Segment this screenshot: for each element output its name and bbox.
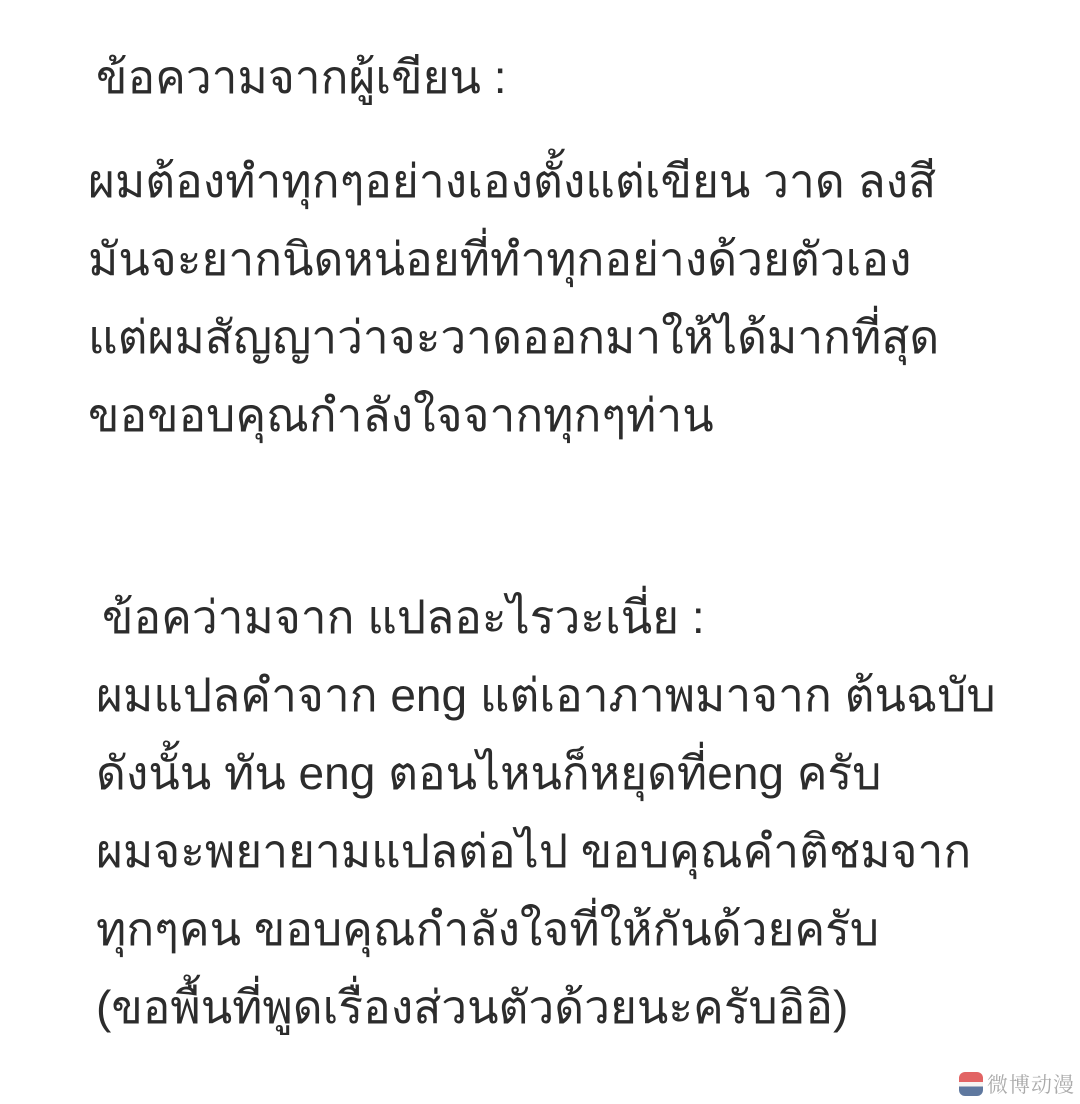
watermark-label: 微博动漫 bbox=[987, 1069, 1075, 1099]
author-note-heading: ข้อความจากผู้เขียน : bbox=[96, 38, 939, 116]
author-note-line-2: มันจะยากนิดหน่อยที่ทำทุกอย่างด้วยตัวเอง bbox=[88, 220, 939, 298]
translator-note-heading: ข้อคว่ามจาก แปลอะไรวะเนี่ย : bbox=[102, 578, 996, 656]
translator-note-line-2: ดังนั้น ทัน eng ตอนไหนก็หยุดที่eng ครับ bbox=[96, 734, 996, 812]
weibo-comic-logo-icon bbox=[959, 1072, 983, 1096]
watermark: 微博动漫 bbox=[959, 1069, 1075, 1099]
author-note-line-3: แต่ผมสัญญาว่าจะวาดออกมาให้ได้มากที่สุด bbox=[88, 298, 939, 376]
translator-note-line-3: ผมจะพยายามแปลต่อไป ขอบคุณคำติชมจาก bbox=[96, 812, 996, 890]
note-page: ข้อความจากผู้เขียน : ผมต้องทำทุกๆอย่างเอ… bbox=[0, 0, 1080, 1104]
author-note-line-4: ขอขอบคุณกำลังใจจากทุกๆท่าน bbox=[88, 376, 939, 454]
translator-note-line-1: ผมแปลคำจาก eng แต่เอาภาพมาจาก ต้นฉบับ bbox=[96, 656, 996, 734]
author-note-section: ข้อความจากผู้เขียน : ผมต้องทำทุกๆอย่างเอ… bbox=[88, 38, 939, 454]
translator-note-line-4: ทุกๆคน ขอบคุณกำลังใจที่ให้กันด้วยครับ bbox=[96, 890, 996, 968]
translator-note-line-5: (ขอพื้นที่พูดเรื่องส่วนตัวด้วยนะครับอิอิ… bbox=[96, 968, 996, 1046]
translator-note-section: ข้อคว่ามจาก แปลอะไรวะเนี่ย : ผมแปลคำจาก … bbox=[96, 578, 996, 1046]
author-note-line-1: ผมต้องทำทุกๆอย่างเองตั้งแต่เขียน วาด ลงส… bbox=[88, 142, 939, 220]
